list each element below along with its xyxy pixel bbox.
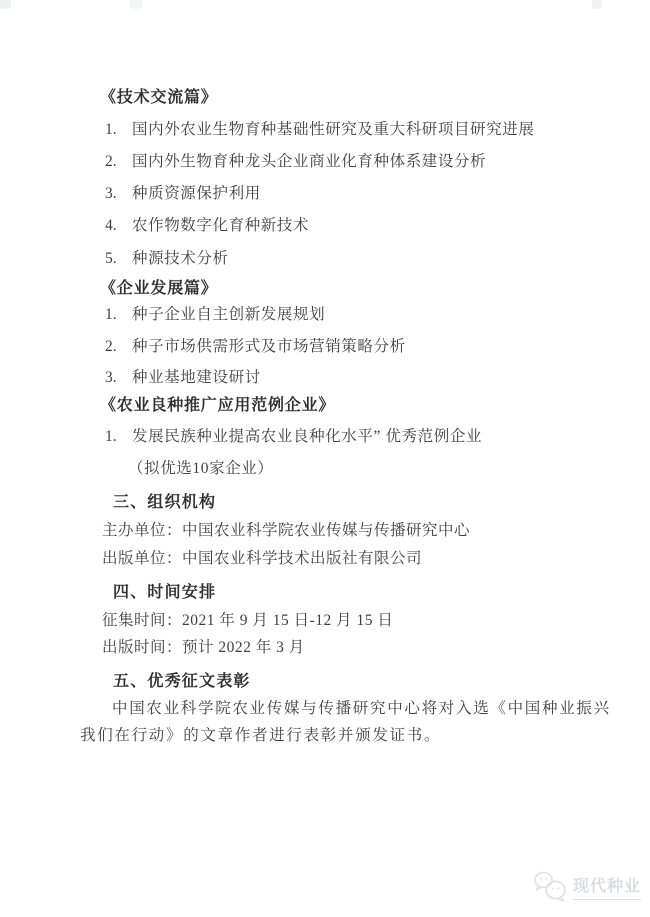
info-line-publisher-unit: 出版单位：中国农业科学技术出版社有限公司 bbox=[102, 549, 422, 569]
list-item: 2.国内外生物育种龙头企业商业化育种体系建设分析 bbox=[105, 152, 486, 172]
list-item-number: 3. bbox=[105, 368, 132, 388]
scan-artifact bbox=[130, 0, 142, 9]
list-item-text: 种质资源保护利用 bbox=[132, 185, 261, 202]
list-item: 4.农作物数字化育种新技术 bbox=[105, 216, 309, 236]
list-item-text: 种子市场供需形式及市场营销策略分析 bbox=[132, 338, 406, 355]
section-heading-enterprise-dev: 《企业发展篇》 bbox=[100, 279, 218, 299]
list-item-text: 种源技术分析 bbox=[132, 250, 229, 267]
list-item-text: 种业基地建设研讨 bbox=[132, 369, 261, 386]
section-heading-recognition: 五、优秀征文表彰 bbox=[113, 672, 251, 692]
list-item: 1.发展民族种业提高农业良种化水平” 优秀范例企业 bbox=[105, 427, 482, 447]
list-item-text: 发展民族种业提高农业良种化水平” 优秀范例企业 bbox=[132, 428, 482, 445]
list-item-number: 1. bbox=[105, 120, 132, 140]
list-item-text: 国内外生物育种龙头企业商业化育种体系建设分析 bbox=[132, 153, 486, 170]
section-heading-organization: 三、组织机构 bbox=[113, 493, 216, 513]
list-item: 2.种子市场供需形式及市场营销策略分析 bbox=[105, 337, 406, 357]
note-line: （拟优选10家企业） bbox=[128, 459, 274, 479]
info-line-host-unit: 主办单位：中国农业科学院农业传媒与传播研究中心 bbox=[102, 521, 470, 541]
scan-artifact bbox=[592, 0, 602, 9]
list-item: 1.种子企业自主创新发展规划 bbox=[105, 305, 325, 325]
paragraph-line: 中国农业科学院农业传媒与传播研究中心将对入选《中国种业振兴 bbox=[112, 699, 611, 719]
list-item-text: 农作物数字化育种新技术 bbox=[132, 217, 309, 234]
list-item-text: 种子企业自主创新发展规划 bbox=[132, 306, 325, 323]
section-heading-tech-exchange: 《技术交流篇》 bbox=[100, 88, 218, 108]
section-heading-schedule: 四、时间安排 bbox=[113, 583, 216, 603]
list-item-number: 1. bbox=[105, 305, 132, 325]
list-item-number: 1. bbox=[105, 427, 132, 447]
list-item-number: 2. bbox=[105, 152, 132, 172]
section-heading-model-enterprises: 《农业良种推广应用范例企业》 bbox=[100, 396, 335, 416]
watermark-label: 现代种业 bbox=[573, 873, 641, 900]
list-item-number: 4. bbox=[105, 216, 132, 236]
list-item-text: 国内外农业生物育种基础性研究及重大科研项目研究进展 bbox=[132, 121, 535, 138]
list-item: 3.种业基地建设研讨 bbox=[105, 368, 261, 388]
list-item-number: 5. bbox=[105, 249, 132, 269]
paragraph-line: 我们在行动》的文章作者进行表彰并颁发证书。 bbox=[80, 726, 441, 746]
list-item: 3.种质资源保护利用 bbox=[105, 184, 261, 204]
wechat-icon bbox=[532, 870, 568, 902]
watermark: 现代种业 bbox=[532, 870, 641, 902]
info-line-publish-time: 出版时间：预计 2022 年 3 月 bbox=[102, 638, 305, 658]
list-item-number: 3. bbox=[105, 184, 132, 204]
list-item: 5.种源技术分析 bbox=[105, 249, 229, 269]
list-item: 1.国内外农业生物育种基础性研究及重大科研项目研究进展 bbox=[105, 120, 535, 140]
document-page: 《技术交流篇》 1.国内外农业生物育种基础性研究及重大科研项目研究进展 2.国内… bbox=[0, 0, 650, 917]
list-item-number: 2. bbox=[105, 337, 132, 357]
info-line-collection-time: 征集时间：2021 年 9 月 15 日-12 月 15 日 bbox=[102, 611, 393, 631]
scan-artifact bbox=[0, 0, 11, 9]
